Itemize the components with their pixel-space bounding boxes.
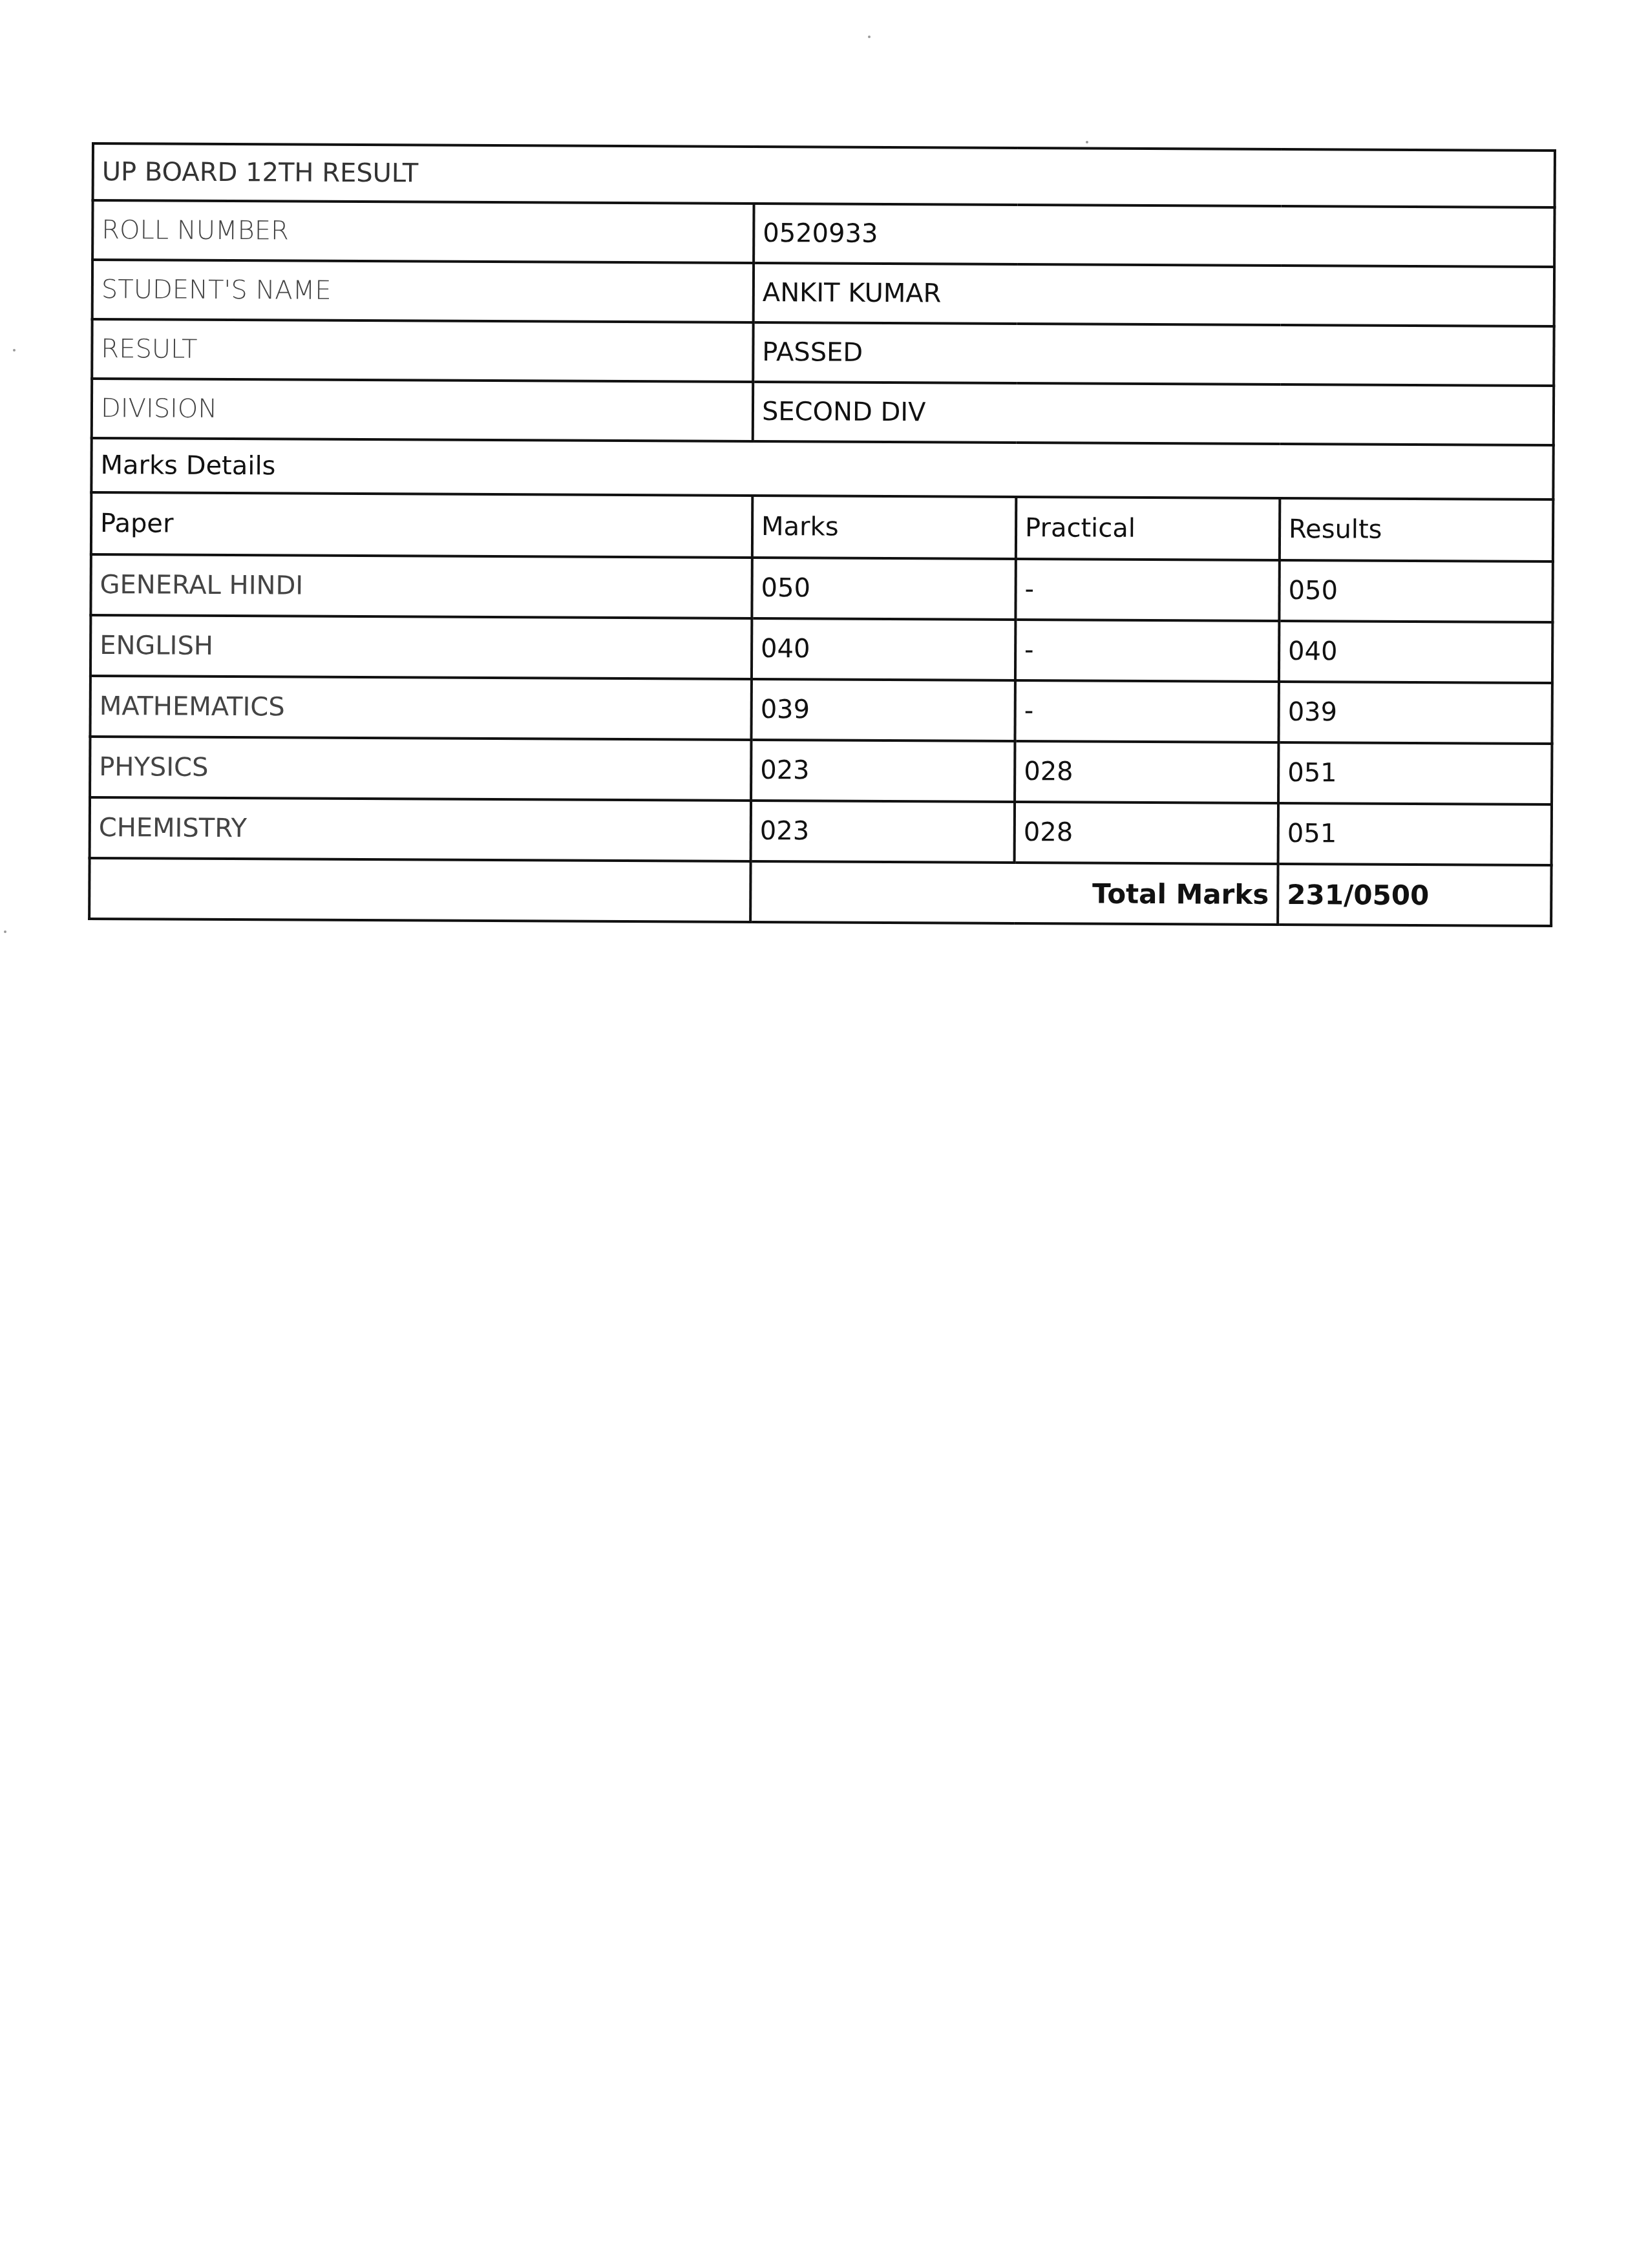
student-name-value: ANKIT KUMAR	[754, 263, 1554, 326]
paper-practical: -	[1015, 559, 1279, 621]
paper-result: 051	[1278, 803, 1552, 865]
roll-number-label: ROLL NUMBER	[92, 200, 754, 263]
roll-number-value: 0520933	[754, 204, 1554, 267]
column-header-marks: Marks	[752, 496, 1016, 559]
table-row: PHYSICS 023 028 051	[90, 737, 1552, 804]
total-row: Total Marks 231/0500	[89, 858, 1551, 926]
result-card: UP BOARD 12TH RESULT ROLL NUMBER 0520933…	[88, 142, 1554, 927]
column-header-results: Results	[1280, 498, 1553, 562]
paper-result: 040	[1279, 621, 1552, 683]
division-value: SECOND DIV	[753, 382, 1554, 445]
paper-result: 050	[1279, 560, 1552, 622]
paper-result: 039	[1278, 682, 1552, 744]
info-row-division: DIVISION SECOND DIV	[92, 379, 1554, 445]
column-header-paper: Paper	[91, 492, 752, 558]
scan-speck	[4, 930, 6, 933]
division-label: DIVISION	[92, 379, 753, 441]
result-table: UP BOARD 12TH RESULT ROLL NUMBER 0520933…	[88, 142, 1556, 927]
column-header-practical: Practical	[1016, 497, 1280, 560]
info-row-result: RESULT PASSED	[92, 319, 1554, 386]
paper-practical: -	[1015, 680, 1278, 742]
paper-practical: 028	[1015, 741, 1278, 803]
marks-header-row: Paper Marks Practical Results	[91, 492, 1553, 562]
table-row: GENERAL HINDI 050 - 050	[90, 554, 1552, 622]
marks-details-row: Marks Details	[91, 438, 1553, 499]
paper-marks: 023	[751, 740, 1015, 802]
paper-marks: 039	[751, 679, 1015, 741]
total-empty-cell	[89, 858, 750, 922]
result-title: UP BOARD 12TH RESULT	[93, 143, 1555, 207]
student-name-label: STUDENT'S NAME	[92, 260, 754, 322]
marks-details-heading: Marks Details	[91, 438, 1553, 499]
total-marks-label: Total Marks	[750, 861, 1278, 925]
paper-name: CHEMISTRY	[90, 797, 751, 861]
table-row: CHEMISTRY 023 028 051	[90, 797, 1552, 865]
paper-result: 051	[1278, 742, 1552, 804]
paper-marks: 023	[751, 801, 1015, 863]
paper-marks: 050	[752, 558, 1015, 620]
total-marks-value: 231/0500	[1278, 864, 1551, 926]
result-value: PASSED	[753, 322, 1554, 386]
paper-practical: -	[1015, 620, 1279, 682]
scan-speck	[13, 349, 16, 352]
paper-marks: 040	[752, 618, 1015, 680]
result-label: RESULT	[92, 319, 753, 382]
paper-name: ENGLISH	[90, 615, 752, 679]
scanned-page: UP BOARD 12TH RESULT ROLL NUMBER 0520933…	[0, 0, 1648, 2268]
scan-speck	[868, 36, 871, 38]
paper-name: PHYSICS	[90, 737, 751, 801]
paper-name: MATHEMATICS	[90, 676, 752, 740]
scan-speck	[1086, 141, 1088, 143]
table-row: ENGLISH 040 - 040	[90, 615, 1552, 683]
info-row-roll-number: ROLL NUMBER 0520933	[92, 200, 1554, 267]
paper-practical: 028	[1015, 802, 1278, 864]
paper-name: GENERAL HINDI	[90, 554, 752, 618]
table-row: MATHEMATICS 039 - 039	[90, 676, 1552, 744]
title-row: UP BOARD 12TH RESULT	[93, 143, 1555, 207]
info-row-student-name: STUDENT'S NAME ANKIT KUMAR	[92, 260, 1554, 326]
